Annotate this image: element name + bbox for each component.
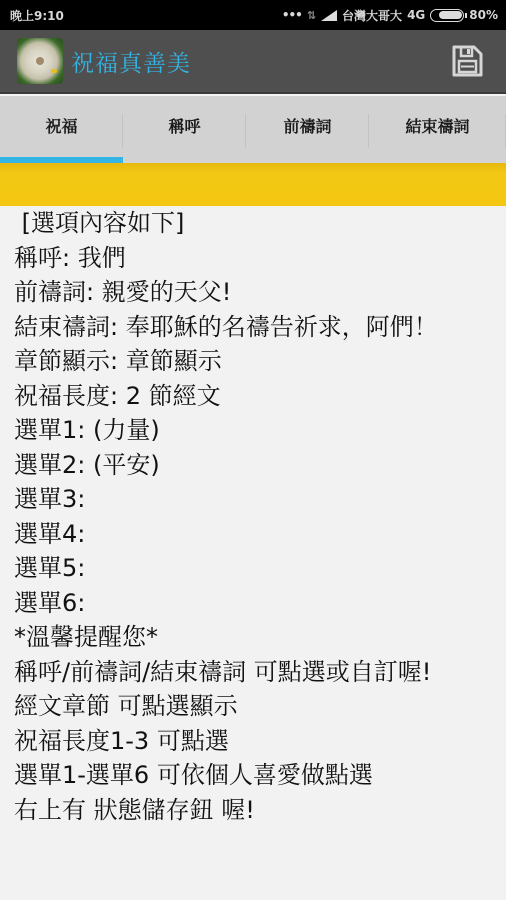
summary-header: [選項內容如下] [14, 206, 494, 241]
app-title: 祝福真善美 [71, 45, 191, 78]
reminder-line-4: 選單1-選單6 可依個人喜愛做點選 [14, 758, 494, 793]
status-bar: 晚上9:10 ••• ⇅ 台灣大哥大 4G 80% [0, 0, 506, 30]
options-summary: [選項內容如下] 稱呼: 我們 前禱詞: 親愛的天父! 結束禱詞: 奉耶穌的名禱… [14, 206, 494, 827]
dandelion-app-icon [17, 38, 63, 84]
reminder-line-2: 經文章節 可點選顯示 [14, 689, 494, 724]
battery-icon [430, 9, 464, 22]
carrier-name: 台灣大哥大 [342, 7, 402, 24]
save-button[interactable] [450, 44, 484, 78]
reminder-line-1: 稱呼/前禱詞/結束禱詞 可點選或自訂喔! [14, 655, 494, 690]
summary-chapter-display: 章節顯示: 章節顯示 [14, 344, 494, 379]
summary-blessing-length: 祝福長度: 2 節經文 [14, 379, 494, 414]
tab-label: 稱呼 [168, 114, 200, 137]
tab-label: 祝福 [45, 114, 77, 137]
summary-menu-2: 選單2: (平安) [14, 448, 494, 483]
tab-bar: 祝福 稱呼 前禱詞 結束禱詞 [0, 96, 506, 163]
app-bar: 祝福真善美 [0, 30, 506, 94]
tab-label: 結束禱詞 [405, 114, 469, 137]
tab-opening-prayer[interactable]: 前禱詞 [246, 96, 369, 163]
status-time: 晚上9:10 [10, 7, 64, 24]
reminder-title: *溫馨提醒您* [14, 620, 494, 655]
save-icon [451, 45, 483, 77]
summary-menu-1: 選單1: (力量) [14, 413, 494, 448]
summary-menu-4: 選單4: [14, 517, 494, 552]
banner-strip [0, 163, 506, 206]
summary-menu-5: 選單5: [14, 551, 494, 586]
more-dots-icon: ••• [282, 8, 302, 22]
summary-address: 稱呼: 我們 [14, 241, 494, 276]
network-type: 4G [407, 8, 425, 22]
summary-menu-6: 選單6: [14, 586, 494, 621]
summary-closing-prayer: 結束禱詞: 奉耶穌的名禱告祈求，阿們！ [14, 310, 494, 345]
tab-address[interactable]: 稱呼 [123, 96, 246, 163]
tab-closing-prayer[interactable]: 結束禱詞 [369, 96, 506, 163]
status-indicators: ••• ⇅ 台灣大哥大 4G 80% [282, 7, 498, 24]
signal-icon [321, 10, 337, 21]
battery-percent: 80% [469, 8, 498, 22]
reminder-line-3: 祝福長度1-3 可點選 [14, 724, 494, 759]
summary-menu-3: 選單3: [14, 482, 494, 517]
tab-label: 前禱詞 [283, 114, 331, 137]
tab-blessing[interactable]: 祝福 [0, 96, 123, 163]
reminder-line-5: 右上有 狀態儲存鈕 喔! [14, 793, 494, 828]
data-arrows-icon: ⇅ [307, 9, 316, 22]
summary-opening-prayer: 前禱詞: 親愛的天父! [14, 275, 494, 310]
